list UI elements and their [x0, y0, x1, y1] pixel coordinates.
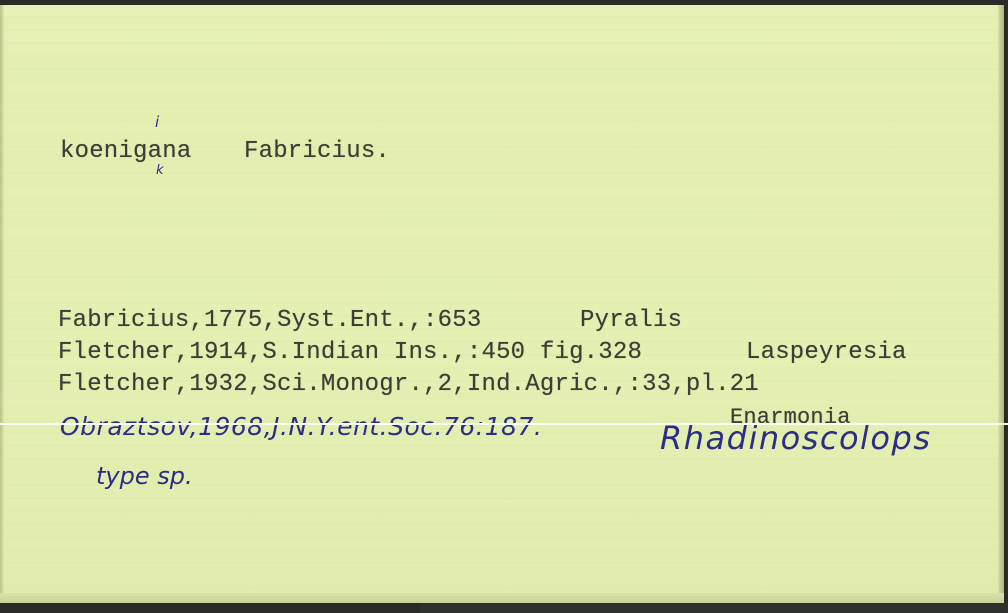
- heading-author: Fabricius.: [244, 138, 390, 165]
- reference-3-citation: Fletcher,1932,Sci.Monogr.,2,Ind.Agric.,:…: [58, 371, 759, 398]
- heading-correction-below: k: [156, 163, 164, 178]
- heading-species-name: koenigana: [60, 138, 191, 165]
- card-bottom-band: [0, 593, 1004, 603]
- reference-2-genus: Laspeyresia: [746, 339, 907, 366]
- heading-correction-above: i: [155, 113, 159, 131]
- card-right-edge: [998, 5, 1004, 603]
- reference-1-genus: Pyralis: [580, 307, 682, 334]
- card-left-edge: [0, 5, 4, 603]
- scanner-shadow: [420, 603, 1008, 613]
- reference-2-citation: Fletcher,1914,S.Indian Ins.,:450 fig.328: [58, 339, 642, 366]
- scan-artifact-line: [0, 423, 1008, 425]
- reference-1-citation: Fabricius,1775,Syst.Ent.,:653: [58, 307, 481, 334]
- handwritten-reference: Obraztsov,1968,J.N.Y.ent.Soc.76:187.: [60, 412, 542, 441]
- index-card: i koenigana Fabricius. k Fabricius,1775,…: [0, 5, 1004, 603]
- handwritten-note: type sp.: [96, 462, 193, 490]
